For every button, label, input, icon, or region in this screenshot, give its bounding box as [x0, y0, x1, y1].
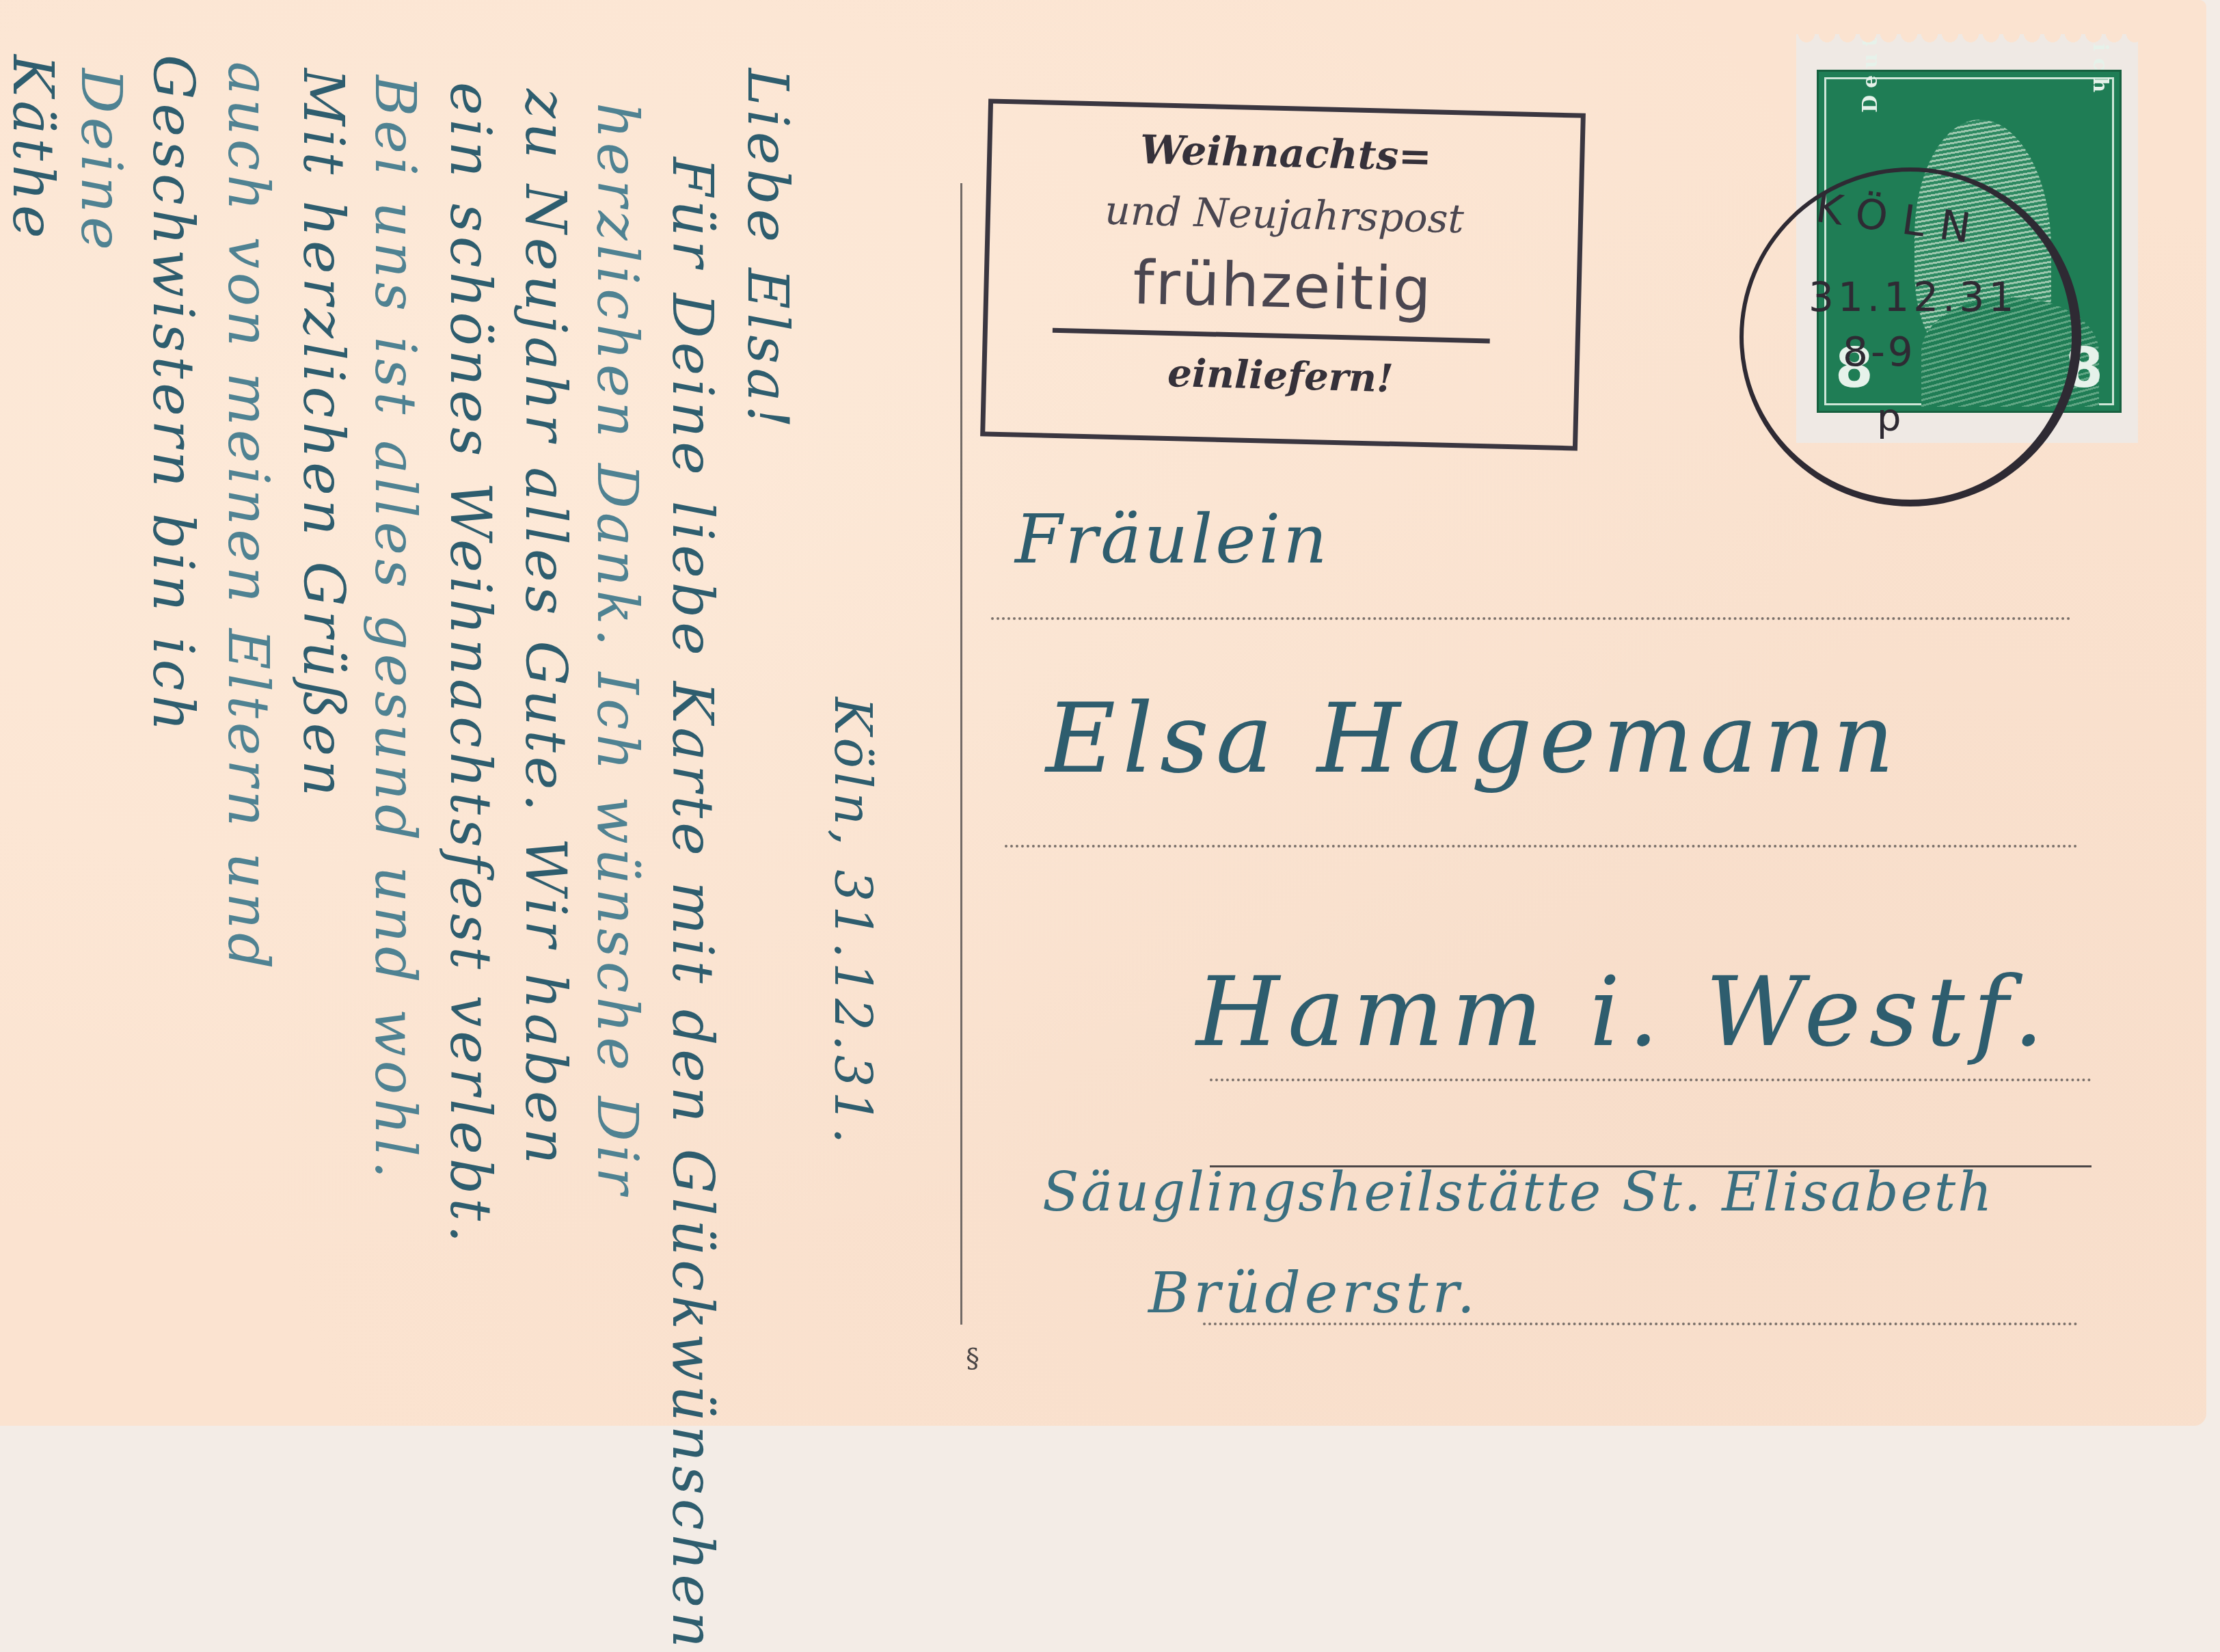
slogan-line-3: frühzeitig	[988, 244, 1577, 329]
message-line: Mit herzlichen Grüßen	[290, 68, 355, 800]
message-line: ein schönes Weihnachtsfest verlebt.	[437, 82, 502, 1247]
slogan-cancellation: Weihnachts= und Neujahrspost frühzeitig …	[980, 98, 1586, 450]
section-mark: §	[966, 1343, 979, 1375]
postmark-date: 31.12.31	[1809, 274, 2018, 321]
address-street: Brüderstr.	[1148, 1261, 1479, 1326]
message-line: Für Deine liebe Karte mit den Glückwünsc…	[660, 157, 725, 1431]
message-line: auch von meinen Eltern und	[215, 62, 280, 973]
postmark-code: d	[1877, 401, 1901, 445]
postmark-time: 8-9	[1843, 329, 1916, 375]
postmark-city: KÖLN	[1813, 184, 1988, 255]
postmark-circle: KÖLN 31.12.31 8-9 d	[1740, 167, 2081, 506]
message-line: zu Neujahr alles Gute. Wir haben	[513, 89, 578, 1168]
address-dotted-line	[1210, 1079, 2092, 1081]
postcard: Köln, 31.12.31. Liebe Elsa! Für Deine li…	[0, 0, 2206, 1426]
message-signature: Käthe	[0, 55, 65, 242]
message-line: Deine	[68, 68, 133, 254]
message-greeting: Liebe Elsa!	[735, 68, 800, 432]
address-institution: Säuglingsheilstätte St. Elisabeth	[1042, 1162, 1994, 1223]
slogan-underline	[1053, 328, 1490, 344]
slogan-line-1: Weihnachts=	[992, 123, 1580, 184]
stamp-country-left: Deutsches	[1858, 0, 1882, 113]
message-dateline: Köln, 31.12.31.	[823, 697, 882, 1148]
message-line: Bei uns ist alles gesund und wohl.	[362, 75, 427, 1182]
stamp-country-right: Reich	[2087, 0, 2111, 99]
handwritten-message: Köln, 31.12.31. Liebe Elsa! Für Deine li…	[0, 0, 957, 1431]
slogan-line-2: und Neujahrspost	[990, 185, 1578, 245]
message-line: Geschwistern bin ich	[140, 55, 205, 735]
slogan-line-4: einliefern!	[986, 346, 1575, 405]
address-dotted-line	[1005, 845, 2078, 848]
address-dotted-line	[991, 617, 2071, 620]
address-name: Elsa Hagemann	[1046, 683, 1901, 795]
message-line: herzlichen Dank. Ich wünsche Dir	[584, 103, 649, 1198]
address-dotted-line	[1203, 1323, 2078, 1325]
center-divider	[960, 183, 962, 1325]
address-salutation: Fräulein	[1015, 499, 1330, 579]
address-city: Hamm i. Westf.	[1196, 957, 2052, 1068]
